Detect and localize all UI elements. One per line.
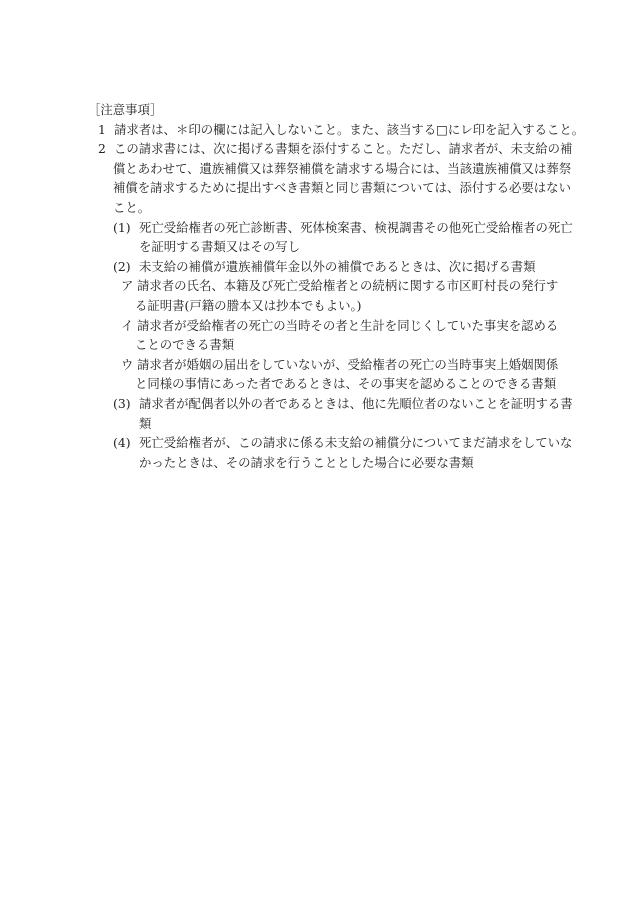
- subsubitem-text-cont: ことのできる書類: [88, 335, 553, 355]
- notes-document: ［注意事項］ 1請求者は、＊印の欄には記入しないこと。また、該当する□にレ印を記…: [88, 100, 553, 472]
- subsubitem-text: 請求者が婚姻の届出をしていないが、受給権者の死亡の当時事実上婚姻関係: [137, 357, 558, 372]
- item-text: 請求者は、＊印の欄には記入しないこと。また、該当する□にレ印を記入すること。: [114, 122, 584, 137]
- subsubitem-u: ウ請求者が婚姻の届出をしていないが、受給権者の死亡の当時事実上婚姻関係 と同様の…: [88, 355, 553, 394]
- subsubitem-text: 請求者の氏名、本籍及び死亡受給権者との続柄に関する市区町村長の発行す: [137, 278, 558, 293]
- note-item-1: 1請求者は、＊印の欄には記入しないこと。また、該当する□にレ印を記入すること。: [88, 120, 553, 140]
- item-number: 2: [98, 139, 114, 159]
- subsubitem-number: イ: [121, 316, 137, 336]
- subitem-3: (3)請求者が配偶者以外の者であるときは、他に先順位者のないことを証明する書 類: [88, 394, 553, 433]
- subsubitem-i: イ請求者が受給権者の死亡の当時その者と生計を同じくしていた事実を認める ことので…: [88, 316, 553, 355]
- item-number: 1: [98, 120, 114, 140]
- subitem-text-cont: かったときは、その請求を行うこととした場合に必要な書類: [88, 453, 553, 473]
- subsubitem-text-cont: る証明書(戸籍の謄本又は抄本でもよい。): [88, 296, 553, 316]
- subitem-number: (4): [113, 433, 139, 453]
- subitem-text: 未支給の補償が遺族補償年金以外の補償であるときは、次に掲げる書類: [139, 259, 536, 274]
- subitem-text: 請求者が配偶者以外の者であるときは、他に先順位者のないことを証明する書: [139, 396, 573, 411]
- subsubitem-number: ア: [121, 276, 137, 296]
- item-text-cont: 補償を請求するために提出すべき書類と同じ書類については、添付する必要はない: [88, 178, 553, 198]
- subitem-number: (2): [113, 257, 139, 277]
- subsubitem-number: ウ: [121, 355, 137, 375]
- subitem-text: 死亡受給権者が、この請求に係る未支給の補償分についてまだ請求をしていな: [139, 435, 572, 450]
- subsubitem-text: 請求者が受給権者の死亡の当時その者と生計を同じくしていた事実を認める: [137, 318, 558, 333]
- subitem-2: (2)未支給の補償が遺族補償年金以外の補償であるときは、次に掲げる書類 ア請求者…: [88, 257, 553, 394]
- subitem-number: (3): [113, 394, 139, 414]
- item-text-cont: 償とあわせて、遺族補償又は葬祭補償を請求する場合には、当該遺族補償又は葬祭: [88, 159, 553, 179]
- item-text: この請求書には、次に掲げる書類を添付すること。ただし、請求者が、未支給の補: [114, 141, 572, 156]
- note-item-2: 2この請求書には、次に掲げる書類を添付すること。ただし、請求者が、未支給の補 償…: [88, 139, 553, 472]
- subitem-text-cont: を証明する書類又はその写し: [88, 237, 553, 257]
- subitem-number: (1): [113, 218, 139, 238]
- notes-heading: ［注意事項］: [88, 100, 553, 120]
- subitem-4: (4)死亡受給権者が、この請求に係る未支給の補償分についてまだ請求をしていな か…: [88, 433, 553, 472]
- subitem-text: 死亡受給権者の死亡診断書、死体検案書、検視調書その他死亡受給権者の死亡: [139, 220, 573, 235]
- subsubitem-a: ア請求者の氏名、本籍及び死亡受給権者との続柄に関する市区町村長の発行す る証明書…: [88, 276, 553, 315]
- subsubitem-text-cont: と同様の事情にあった者であるときは、その事実を認めることのできる書類: [88, 374, 553, 394]
- subitem-1: (1)死亡受給権者の死亡診断書、死体検案書、検視調書その他死亡受給権者の死亡 を…: [88, 218, 553, 257]
- item-text-cont: こと。: [88, 198, 553, 218]
- subitem-text-cont: 類: [88, 414, 553, 434]
